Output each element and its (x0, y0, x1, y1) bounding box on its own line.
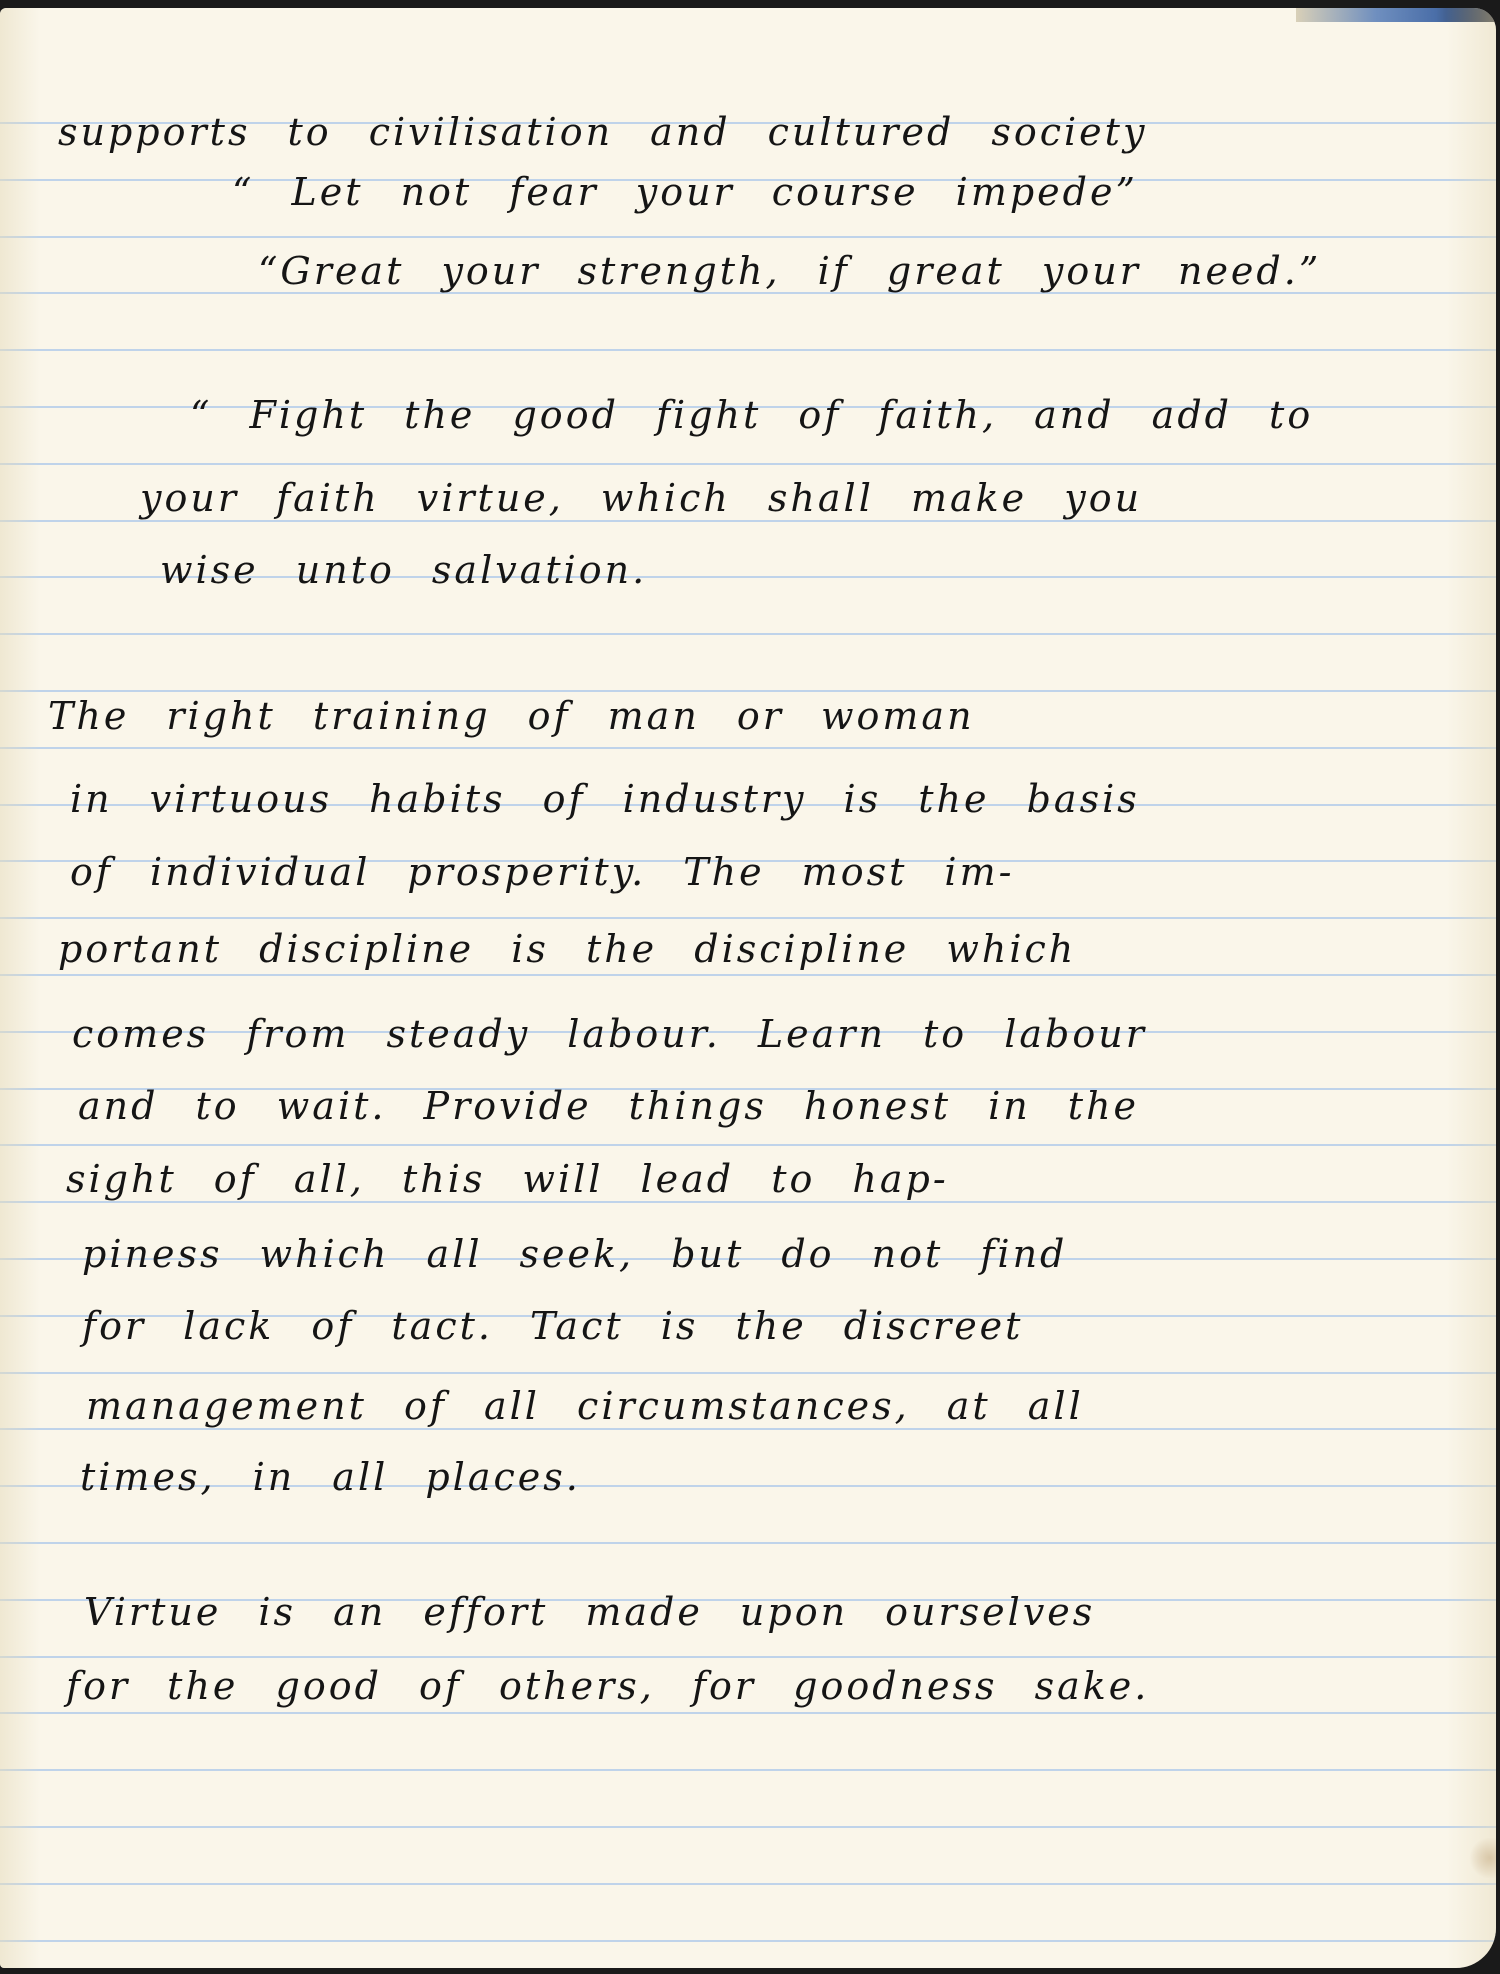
ruled-line (0, 236, 1496, 238)
ruled-line (0, 917, 1496, 919)
handwritten-line: your faith virtue, which shall make you (140, 476, 1142, 520)
handwritten-line: sight of all, this will lead to hap- (66, 1157, 949, 1201)
handwritten-line: “Great your strength, if great your need… (258, 249, 1321, 293)
handwritten-line: and to wait. Provide things honest in th… (78, 1084, 1139, 1128)
ruled-line (0, 974, 1496, 976)
handwritten-line: wise unto salvation. (160, 548, 647, 592)
ruled-line (0, 747, 1496, 749)
handwritten-line: Virtue is an effort made upon ourselves (84, 1590, 1095, 1634)
handwritten-line: portant discipline is the discipline whi… (58, 927, 1076, 971)
ruled-line (0, 463, 1496, 465)
ruled-line (0, 1656, 1496, 1658)
handwritten-line: The right training of man or woman (48, 694, 975, 738)
ruled-line (0, 1428, 1496, 1430)
ruled-line (0, 1940, 1496, 1942)
ruled-line (0, 1144, 1496, 1146)
handwritten-line: for lack of tact. Tact is the discreet (82, 1304, 1023, 1348)
notebook-cover-edge (1296, 8, 1496, 22)
handwritten-line: comes from steady labour. Learn to labou… (72, 1012, 1147, 1056)
ruled-line (0, 633, 1496, 635)
ruled-line (0, 1542, 1496, 1544)
handwritten-line: of individual prosperity. The most im- (70, 850, 1014, 894)
ruled-line (0, 1372, 1496, 1374)
notebook-page: supports to civilisation and cultured so… (0, 8, 1496, 1968)
ruled-line (0, 1769, 1496, 1771)
handwritten-line: piness which all seek, but do not find (82, 1232, 1067, 1276)
ruled-line (0, 690, 1496, 692)
handwritten-line: management of all circumstances, at all (86, 1384, 1084, 1428)
ruled-line (0, 1826, 1496, 1828)
handwritten-line: “ Fight the good fight of faith, and add… (190, 393, 1313, 437)
handwritten-line: times, in all places. (80, 1455, 581, 1499)
ink-stain (1468, 1838, 1496, 1878)
ruled-line (0, 1883, 1496, 1885)
handwritten-line: supports to civilisation and cultured so… (58, 110, 1147, 154)
handwritten-line: for the good of others, for goodness sak… (66, 1664, 1149, 1708)
handwritten-line: “ Let not fear your course impede” (232, 170, 1138, 214)
ruled-line (0, 349, 1496, 351)
ruled-line (0, 1712, 1496, 1714)
ruled-line (0, 1201, 1496, 1203)
handwritten-line: in virtuous habits of industry is the ba… (70, 777, 1140, 821)
